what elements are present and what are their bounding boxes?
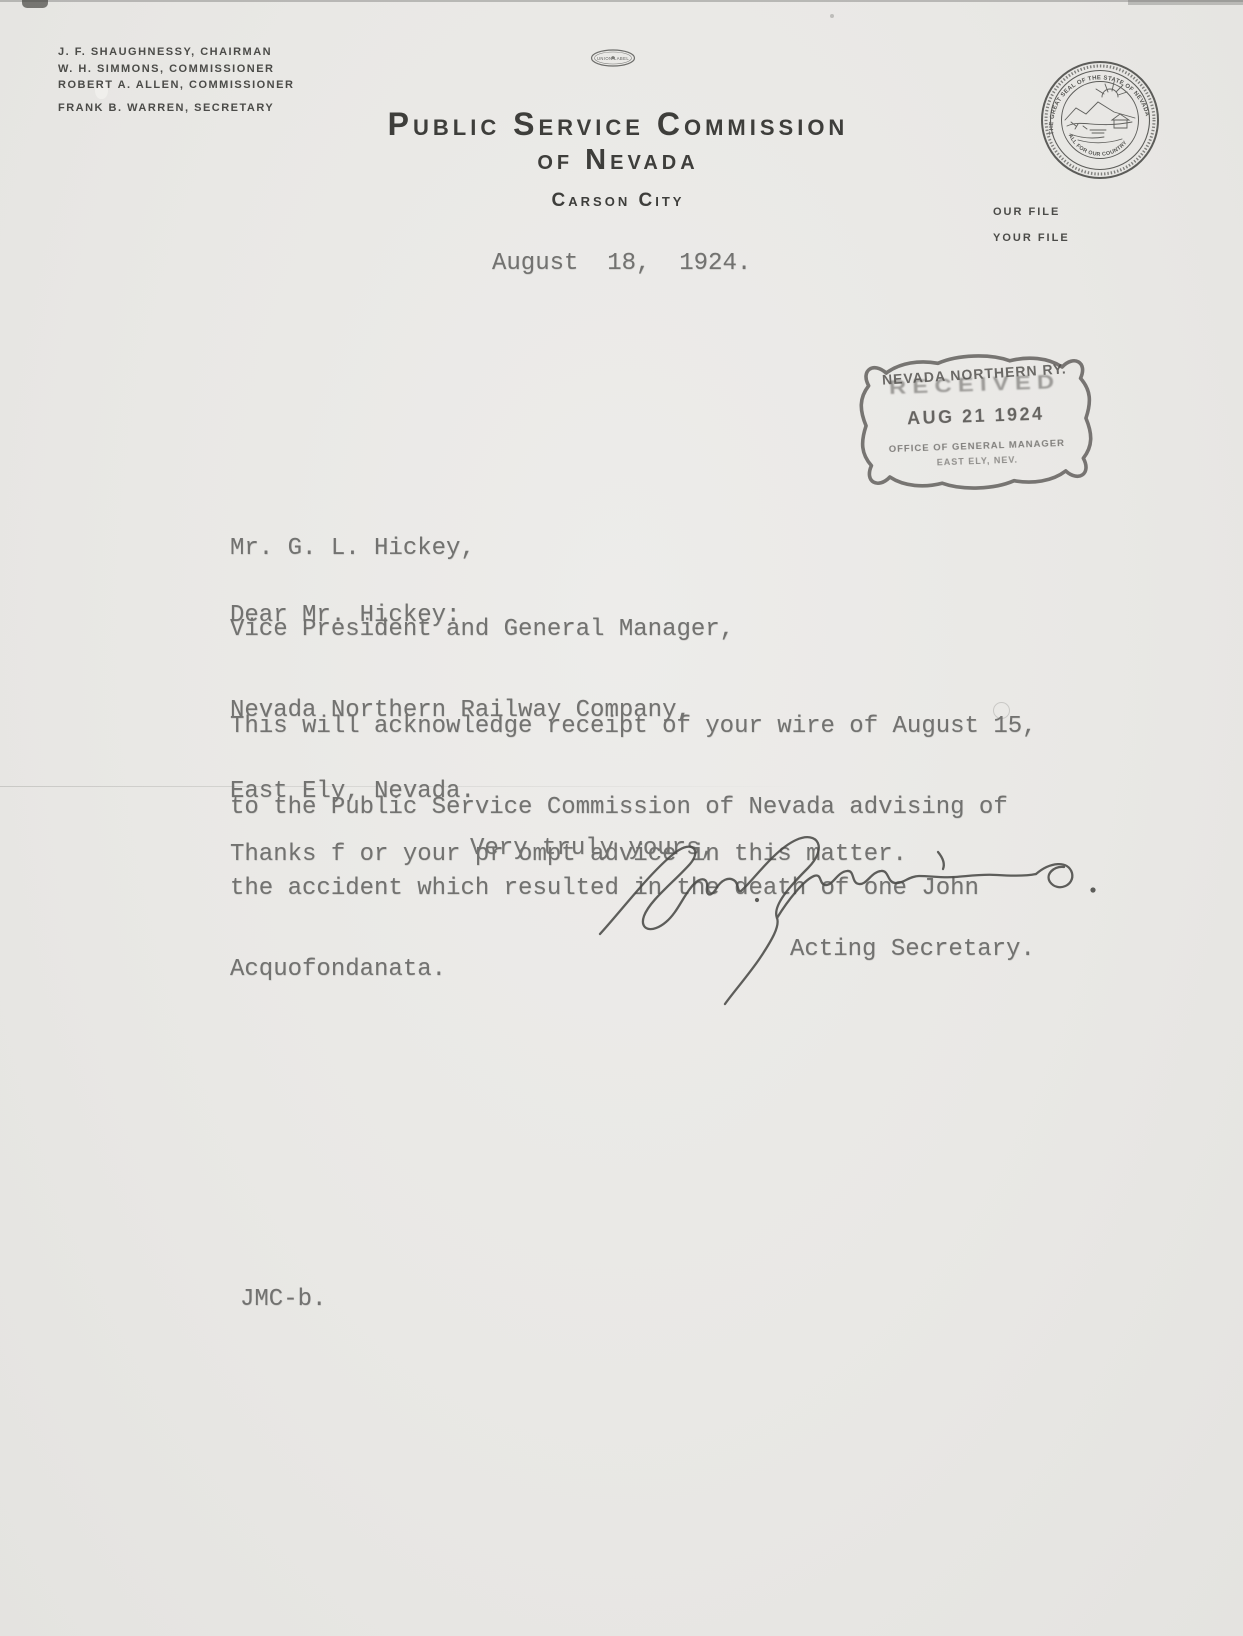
scan-edge-shadow	[0, 0, 1243, 2]
state-seal-icon: THE GREAT SEAL OF THE STATE OF NEVADA AL…	[1038, 58, 1162, 182]
seal-landscape-art	[1065, 82, 1135, 143]
svg-text:ALL FOR OUR COUNTRY: ALL FOR OUR COUNTRY	[1067, 133, 1129, 158]
recipient-line: Mr. G. L. Hickey,	[230, 535, 734, 562]
your-file-label: YOUR FILE	[993, 232, 1070, 244]
signature-icon	[560, 812, 1105, 1022]
handwritten-signature	[560, 812, 1105, 1027]
official-line: W. H. SIMMONS, COMMISSIONER	[58, 61, 294, 78]
org-city: Carson City	[368, 190, 868, 212]
letter-date: August 18, 1924.	[492, 250, 751, 277]
seal-motto-text: ALL FOR OUR COUNTRY	[1067, 133, 1129, 158]
letter-page: J. F. SHAUGHNESSY, CHAIRMAN W. H. SIMMON…	[0, 0, 1243, 1636]
official-line: FRANK B. WARREN, SECRETARY	[58, 100, 294, 117]
our-file-label: OUR FILE	[993, 206, 1060, 218]
union-label-ornament: UNION LABEL	[590, 48, 636, 73]
scan-edge-shadow-right	[1128, 0, 1243, 5]
nevada-state-seal: THE GREAT SEAL OF THE STATE OF NEVADA AL…	[1038, 58, 1162, 187]
org-name-line2: of Nevada	[368, 144, 868, 177]
union-label-icon: UNION LABEL	[590, 48, 636, 68]
reference-initials: JMC-b.	[240, 1286, 326, 1313]
letterhead-officials: J. F. SHAUGHNESSY, CHAIRMAN W. H. SIMMON…	[58, 44, 294, 116]
received-stamp: NEVADA NORTHERN RY. RECEIVED AUG 21 1924…	[849, 342, 1102, 503]
official-line: ROBERT A. ALLEN, COMMISSIONER	[58, 77, 294, 94]
signature-title: Acting Secretary.	[790, 936, 1035, 963]
paper-speck	[830, 14, 834, 18]
body-line: This will acknowledge receipt of your wi…	[230, 713, 1037, 740]
org-name-line1: Public Service Commission	[368, 106, 868, 143]
scan-edge-mark	[22, 0, 48, 8]
salutation: Dear Mr. Hickey:	[230, 602, 460, 629]
official-line: J. F. SHAUGHNESSY, CHAIRMAN	[58, 44, 294, 61]
